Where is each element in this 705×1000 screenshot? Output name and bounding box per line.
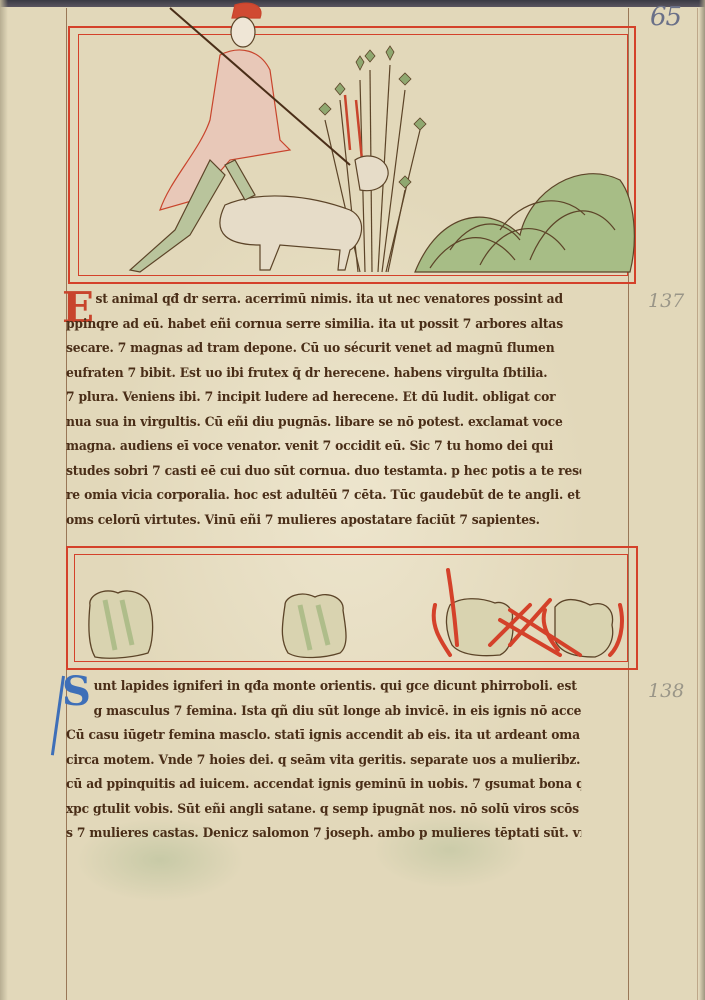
outer-ruling-line [697, 8, 698, 1000]
text-line: xpc gtulit vobis. Sūt eñi angli satane. … [66, 797, 581, 822]
folio-number: 65 [650, 2, 681, 32]
page-left-edge [0, 0, 8, 1000]
stone-icon [282, 594, 346, 657]
hunter-and-beast-illustration [60, 0, 650, 285]
text-line: studes sobri 7 casti eē cui duo sūt corn… [66, 459, 581, 484]
margin-number-137: 137 [648, 290, 684, 312]
fire-stones-illustration [60, 545, 650, 670]
text-line: nua sua in virgultis. Cū eñi diu pugnās.… [66, 410, 581, 435]
text-line: unt lapides igniferi in qđa monte orient… [66, 674, 581, 699]
text-line: secare. 7 magnas ad tram depone. Cū uo s… [66, 336, 581, 361]
text-line: 7 plura. Veniens ibi. 7 incipit ludere a… [66, 385, 581, 410]
page-right-edge [699, 0, 705, 1000]
hills-icon [415, 174, 634, 272]
text-line: cū ad ppinquitis ad iuicem. accendat ign… [66, 772, 581, 797]
section-serra-text: st animal qđ dr serra. acerrimū nimis. i… [66, 287, 626, 532]
text-line: eufraten 7 bibit. Est uo ibi frutex q̄ d… [66, 361, 581, 386]
stone-icon [89, 591, 153, 658]
text-line: oms celorū virtutes. Vinū eñi 7 mulieres… [66, 508, 581, 533]
margin-number-138: 138 [648, 680, 684, 702]
text-line: st animal qđ dr serra. acerrimū nimis. i… [66, 287, 581, 312]
text-line: circa motem. Vnde 7 hoies dei. q seām vi… [66, 748, 581, 773]
initial-flourish [51, 676, 65, 756]
text-line: re omia vicia corporalia. hoc est adultē… [66, 483, 581, 508]
text-line: g masculus 7 femina. Ista qñ diu sūt lon… [66, 699, 581, 724]
text-line: magna. audiens eī voce venator. venit 7 … [66, 434, 581, 459]
text-line: Cū casu iūgetr femina masclo. statī igni… [66, 723, 581, 748]
manuscript-page: 65 [0, 0, 705, 1000]
section-lapides-text: unt lapides igniferi in qđa monte orient… [66, 674, 626, 846]
text-line: s 7 mulieres castas. Denicz salomon 7 jo… [66, 821, 581, 846]
text-line: ppinqre ad eū. habet eñi cornua serre si… [66, 312, 581, 337]
